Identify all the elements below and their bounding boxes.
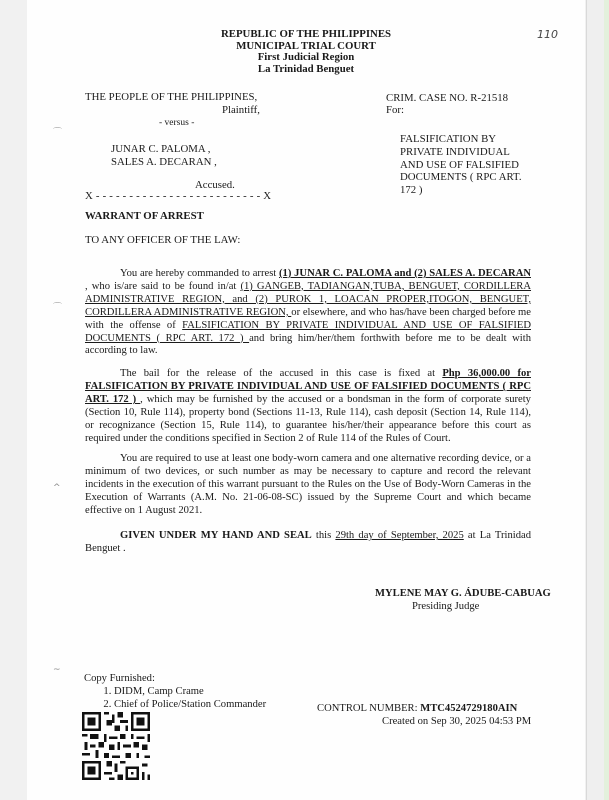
handwritten-page-number: 110 — [537, 28, 558, 41]
accused-name: JUNAR C. PALOMA , — [111, 143, 211, 156]
header-line: REPUBLIC OF THE PHILIPPINES — [27, 29, 585, 41]
control-number: CONTROL NUMBER: MTC4524729180AIN — [317, 703, 517, 714]
control-number-value: MTC4524729180AIN — [420, 703, 517, 714]
judge-title: Presiding Judge — [412, 601, 479, 612]
bail-paragraph: The bail for the release of the accused … — [85, 367, 531, 445]
control-number-label: CONTROL NUMBER: — [317, 703, 420, 714]
copy-furnished-label: Copy Furnished: — [84, 672, 266, 685]
copy-recipient: Chief of Police/Station Commander — [114, 698, 266, 711]
given-under-seal-paragraph: GIVEN UNDER MY HAND AND SEAL this 29th d… — [85, 530, 531, 556]
addressee: TO ANY OFFICER OF THE LAW: — [85, 234, 240, 247]
text: You are hereby commanded to arrest — [120, 268, 279, 279]
case-offense: FALSIFICATION BY PRIVATE INDIVIDUAL AND … — [400, 133, 525, 197]
punch-mark-icon: ⌒ — [53, 300, 62, 313]
judge-name: MYLENE MAY G. ÁDUBE-CABUAG — [375, 588, 551, 599]
punch-mark-icon: ⌒ — [53, 125, 62, 138]
seal-lead: GIVEN UNDER MY HAND AND SEAL — [120, 530, 312, 541]
arrest-command-paragraph: You are hereby commanded to arrest (1) J… — [85, 268, 531, 358]
accused-name: SALES A. DECARAN , — [111, 156, 217, 169]
accused-names: (1) JUNAR C. PALOMA and (2) SALES A. DEC… — [279, 268, 531, 279]
header-line: La Trinidad Benguet — [27, 64, 585, 76]
copy-recipient: DIDM, Camp Crame — [114, 685, 266, 698]
viewer-edge-strip — [604, 0, 609, 800]
versus-label: - versus - — [159, 117, 194, 130]
qr-code-icon — [82, 712, 150, 780]
issue-date: 29th day of September, 2025 — [335, 530, 463, 541]
text: You are required to use at least one bod… — [85, 453, 531, 516]
court-header: REPUBLIC OF THE PHILIPPINES MUNICIPAL TR… — [27, 29, 585, 75]
header-line: First Judicial Region — [27, 52, 585, 64]
plaintiff-label: Plaintiff, — [222, 104, 260, 117]
copy-furnished: Copy Furnished: DIDM, Camp Crame Chief o… — [84, 672, 266, 711]
viewer-right-gutter — [586, 0, 605, 800]
punch-mark-icon: ~ — [53, 665, 61, 675]
created-timestamp: Created on Sep 30, 2025 04:53 PM — [382, 716, 531, 727]
case-for-label: For: — [386, 104, 404, 117]
text: this — [312, 530, 336, 541]
caption-separator: X - - - - - - - - - - - - - - - - - - - … — [85, 190, 271, 203]
punch-mark-icon: ^ — [53, 483, 61, 493]
text: The bail for the release of the accused … — [120, 368, 442, 379]
text: , which may be furnished by the accused … — [85, 394, 531, 444]
body-camera-paragraph: You are required to use at least one bod… — [85, 453, 531, 518]
plaintiff-name: THE PEOPLE OF THE PHILIPPINES, — [85, 91, 257, 104]
case-number: CRIM. CASE NO. R-21518 — [386, 92, 508, 105]
document-title: WARRANT OF ARREST — [85, 210, 204, 223]
text: , who is/are said to be found in/at — [85, 281, 240, 292]
document-page: ⌒ ⌒ ^ ~ REPUBLIC OF THE PHILIPPINES MUNI… — [27, 0, 585, 800]
